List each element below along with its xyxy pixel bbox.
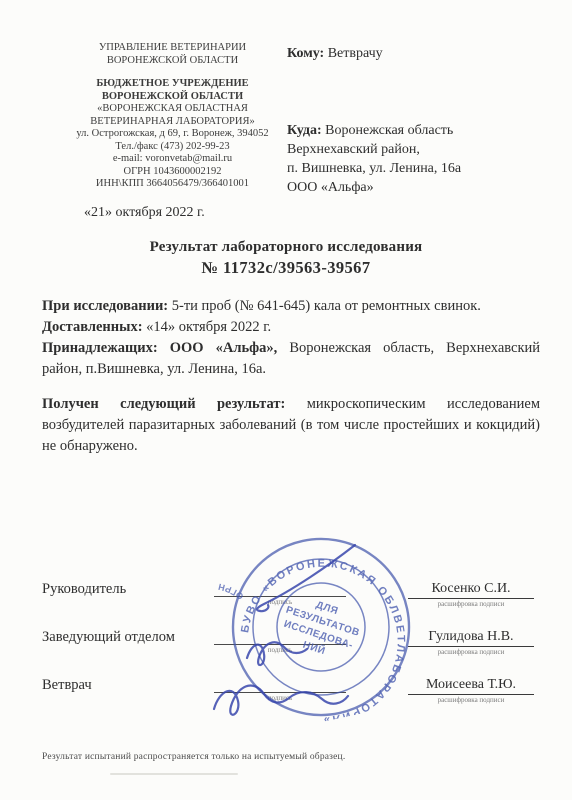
footer-smudge <box>110 773 238 775</box>
org-name-line-2: ВОРОНЕЖСКОЙ ОБЛАСТИ <box>40 91 305 104</box>
destination-line-2: Верхнехавский район, <box>287 140 537 159</box>
stamp-middle-circle <box>240 546 401 707</box>
destination-block: Куда: Воронежская область Верхнехавский … <box>287 121 537 197</box>
owner-paragraph: Принадлежащих: ООО «Альфа», Воронежская … <box>42 338 540 380</box>
destination-line-1: Куда: Воронежская область <box>287 121 537 140</box>
destination-line-4: ООО «Альфа» <box>287 178 537 197</box>
org-phone: Тел./факс (473) 202-99-23 <box>40 141 305 154</box>
recipient-label: Кому: <box>287 46 324 61</box>
authority-line-1: УПРАВЛЕНИЕ ВЕТЕРИНАРИИ <box>40 42 305 55</box>
name-value: Гулидова Н.В. <box>408 628 534 647</box>
document-date: «21» октября 2022 г. <box>84 205 205 221</box>
owner-company: ООО «Альфа», <box>170 340 278 356</box>
name-value: Косенко С.И. <box>408 580 534 599</box>
title-number: № 11732с/39563-39567 <box>0 258 572 278</box>
org-email: e-mail: voronvetab@mail.ru <box>40 153 305 166</box>
owner-label: Принадлежащих: <box>42 340 158 356</box>
org-ogrn: ОГРН 1043600002192 <box>40 166 305 179</box>
delivered-label: Доставленных: <box>42 319 143 335</box>
recipient-value: Ветврачу <box>328 46 383 61</box>
authority-line-2: ВОРОНЕЖСКОЙ ОБЛАСТИ <box>40 55 305 68</box>
document-page: УПРАВЛЕНИЕ ВЕТЕРИНАРИИ ВОРОНЕЖСКОЙ ОБЛАС… <box>0 0 572 800</box>
destination-line-3: п. Вишневка, ул. Ленина, 16а <box>287 159 537 178</box>
name-caption: расшифровка подписи <box>408 647 534 657</box>
name-caption: расшифровка подписи <box>408 599 534 609</box>
result-paragraph: Получен следующий результат: микроскопич… <box>42 394 540 457</box>
document-title: Результат лабораторного исследования № 1… <box>0 239 572 278</box>
sender-block: УПРАВЛЕНИЕ ВЕТЕРИНАРИИ ВОРОНЕЖСКОЙ ОБЛАС… <box>40 42 305 191</box>
investigation-text: 5-ти проб (№ 641-645) кала от ремонтных … <box>172 298 481 314</box>
document-body: При исследовании: 5-ти проб (№ 641-645) … <box>42 296 540 457</box>
footer-note: Результат испытаний распространяется тол… <box>42 752 345 762</box>
name-block: Косенко С.И. расшифровка подписи <box>408 580 534 609</box>
stamp-center-text: ДЛЯ РЕЗУЛЬТАТОВ ИССЛЕДОВА- НИЙ <box>276 591 365 665</box>
title-text: Результат лабораторного исследования <box>0 239 572 256</box>
role-label: Заведующий отделом <box>42 628 214 646</box>
org-name-line-4: ВЕТЕРИНАРНАЯ ЛАБОРАТОРИЯ» <box>40 116 305 129</box>
result-label: Получен следующий результат: <box>42 396 285 412</box>
recipient-line: Кому: Ветврачу <box>287 44 537 63</box>
org-address: ул. Острогожская, д 69, г. Воронеж, 3940… <box>40 128 305 141</box>
destination-region: Воронежская область <box>325 123 453 138</box>
name-block: Гулидова Н.В. расшифровка подписи <box>408 628 534 657</box>
investigation-paragraph: При исследовании: 5-ти проб (№ 641-645) … <box>42 296 540 317</box>
org-name-line-3: «ВОРОНЕЖСКАЯ ОБЛАСТНАЯ <box>40 103 305 116</box>
delivered-paragraph: Доставленных: «14» октября 2022 г. <box>42 317 540 338</box>
round-stamp: БУВО «ВОРОНЕЖСКАЯ ОБЛВЕТЛАБОРАТОРИЯ» ОГР… <box>211 517 432 738</box>
role-label: Руководитель <box>42 580 214 598</box>
org-inn-kpp: ИНН\КПП 3664056479/366401001 <box>40 178 305 191</box>
destination-label: Куда: <box>287 123 322 138</box>
delivered-text: «14» октября 2022 г. <box>146 319 271 335</box>
role-label: Ветврач <box>42 676 214 694</box>
org-name-line-1: БЮДЖЕТНОЕ УЧРЕЖДЕНИЕ <box>40 78 305 91</box>
investigation-label: При исследовании: <box>42 298 168 314</box>
spacer <box>40 67 305 78</box>
